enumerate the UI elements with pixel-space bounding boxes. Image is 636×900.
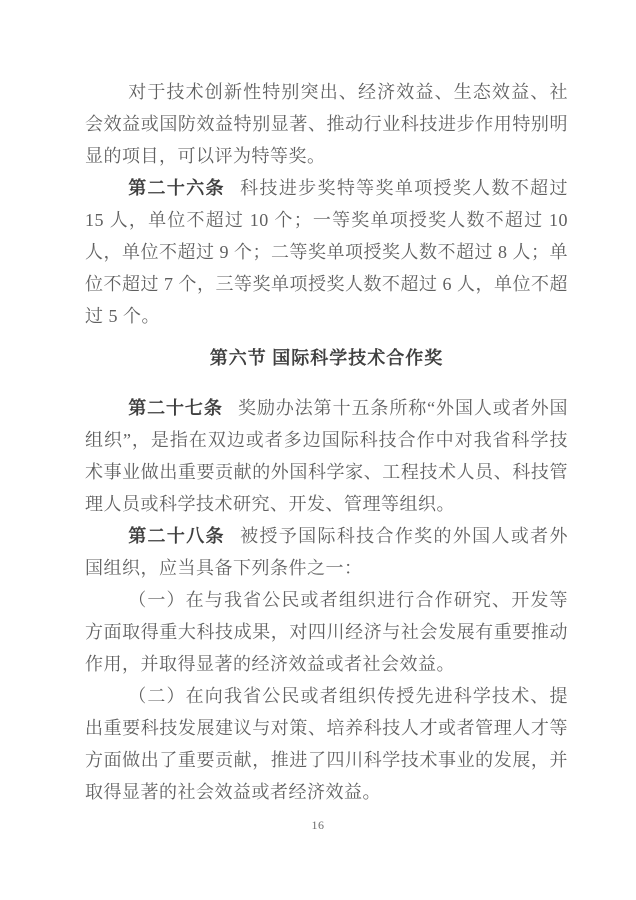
article-26-paragraph: 第二十六条科技进步奖特等奖单项授奖人数不超过 15 人，单位不超过 10 个；一… — [85, 172, 568, 332]
article-27-paragraph: 第二十七条奖励办法第十五条所称“外国人或者外国组织”，是指在双边或者多边国际科技… — [85, 392, 568, 520]
section-6-heading: 第六节 国际科学技术合作奖 — [85, 342, 568, 374]
article-28-paragraph: 第二十八条被授予国际科技合作奖的外国人或者外国组织，应当具备下列条件之一： — [85, 520, 568, 584]
intro-paragraph: 对于技术创新性特别突出、经济效益、生态效益、社会效益或国防效益特别显著、推动行业… — [85, 76, 568, 172]
page-number: 16 — [0, 818, 636, 833]
document-page: 对于技术创新性特别突出、经济效益、生态效益、社会效益或国防效益特别显著、推动行业… — [0, 0, 636, 900]
article-26-number: 第二十六条 — [128, 178, 225, 198]
condition-1-text: （一）在与我省公民或者组织进行合作研究、开发等方面取得重大科技成果，对四川经济与… — [85, 590, 568, 674]
intro-paragraph-text: 对于技术创新性特别突出、经济效益、生态效益、社会效益或国防效益特别显著、推动行业… — [85, 82, 568, 166]
condition-2-text: （二）在向我省公民或者组织传授先进科学技术、提出重要科技发展建议与对策、培养科技… — [85, 686, 568, 802]
condition-2-paragraph: （二）在向我省公民或者组织传授先进科学技术、提出重要科技发展建议与对策、培养科技… — [85, 680, 568, 808]
article-28-number: 第二十八条 — [128, 526, 225, 546]
article-26-text: 科技进步奖特等奖单项授奖人数不超过 15 人，单位不超过 10 个；一等奖单项授… — [85, 178, 568, 326]
condition-1-paragraph: （一）在与我省公民或者组织进行合作研究、开发等方面取得重大科技成果，对四川经济与… — [85, 584, 568, 680]
document-body: 对于技术创新性特别突出、经济效益、生态效益、社会效益或国防效益特别显著、推动行业… — [85, 76, 568, 808]
article-27-number: 第二十七条 — [128, 398, 223, 418]
